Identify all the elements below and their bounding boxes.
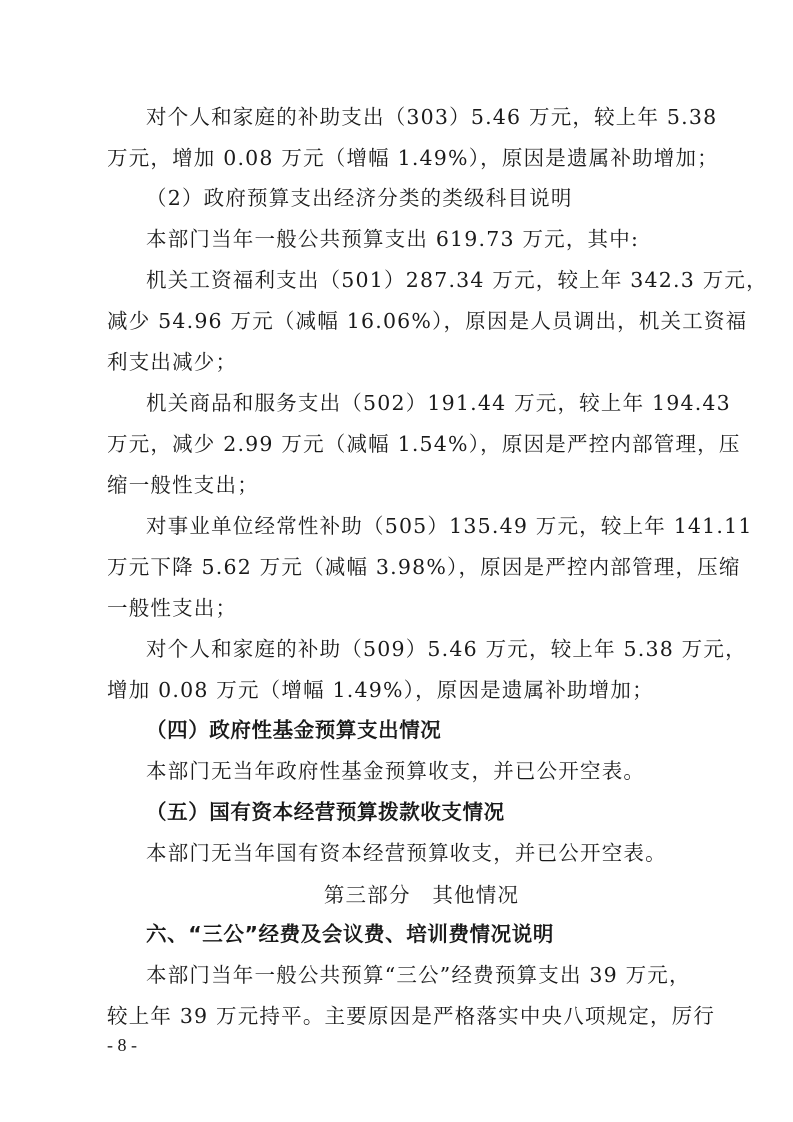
paragraph-line: 本部门当年一般公共预算“三公”经费预算支出 39 万元， <box>146 961 746 989</box>
paragraph-line: 机关工资福利支出（501）287.34 万元，较上年 342.3 万元， <box>146 266 746 294</box>
paragraph-line: 增加 0.08 万元（增幅 1.49%），原因是遗属补助增加； <box>107 676 707 704</box>
paragraph-line: 万元，增加 0.08 万元（增幅 1.49%），原因是遗属补助增加； <box>107 144 707 172</box>
paragraph-line: 缩一般性支出； <box>107 471 707 499</box>
section-heading-state-capital: （五）国有资本经营预算拨款收支情况 <box>146 798 746 826</box>
paragraph-line: 本部门无当年政府性基金预算收支，并已公开空表。 <box>146 757 746 785</box>
paragraph-line: 减少 54.96 万元（减幅 16.06%），原因是人员调出，机关工资福 <box>107 307 707 335</box>
subsection-heading: （2）政府预算支出经济分类的类级科目说明 <box>146 184 746 212</box>
paragraph-line: 万元下降 5.62 万元（减幅 3.98%），原因是严控内部管理，压缩 <box>107 553 707 581</box>
paragraph-line: 较上年 39 万元持平。主要原因是严格落实中央八项规定，厉行 <box>107 1002 707 1030</box>
paragraph-line: 对事业单位经常性补助（505）135.49 万元，较上年 141.11 <box>146 512 746 540</box>
section-heading-three-public: 六、“三公”经费及会议费、培训费情况说明 <box>146 920 746 948</box>
paragraph-line: 机关商品和服务支出（502）191.44 万元，较上年 194.43 <box>146 389 746 417</box>
paragraph-line: 对个人和家庭的补助支出（303）5.46 万元，较上年 5.38 <box>146 103 746 131</box>
page-number: - 8 - <box>107 1033 137 1057</box>
paragraph-line: 利支出减少； <box>107 348 707 376</box>
paragraph-line: 万元，减少 2.99 万元（减幅 1.54%），原因是严控内部管理，压 <box>107 430 707 458</box>
section-heading-fund-budget: （四）政府性基金预算支出情况 <box>146 716 746 744</box>
paragraph-line: 一般性支出； <box>107 594 707 622</box>
paragraph-line: 对个人和家庭的补助（509）5.46 万元，较上年 5.38 万元， <box>146 635 746 663</box>
document-page: 对个人和家庭的补助支出（303）5.46 万元，较上年 5.38 万元，增加 0… <box>0 0 793 1122</box>
paragraph-line: 本部门当年一般公共预算支出 619.73 万元，其中: <box>146 225 746 253</box>
part-title: 第三部分 其他情况 <box>0 881 793 909</box>
paragraph-line: 本部门无当年国有资本经营预算收支，并已公开空表。 <box>146 839 746 867</box>
